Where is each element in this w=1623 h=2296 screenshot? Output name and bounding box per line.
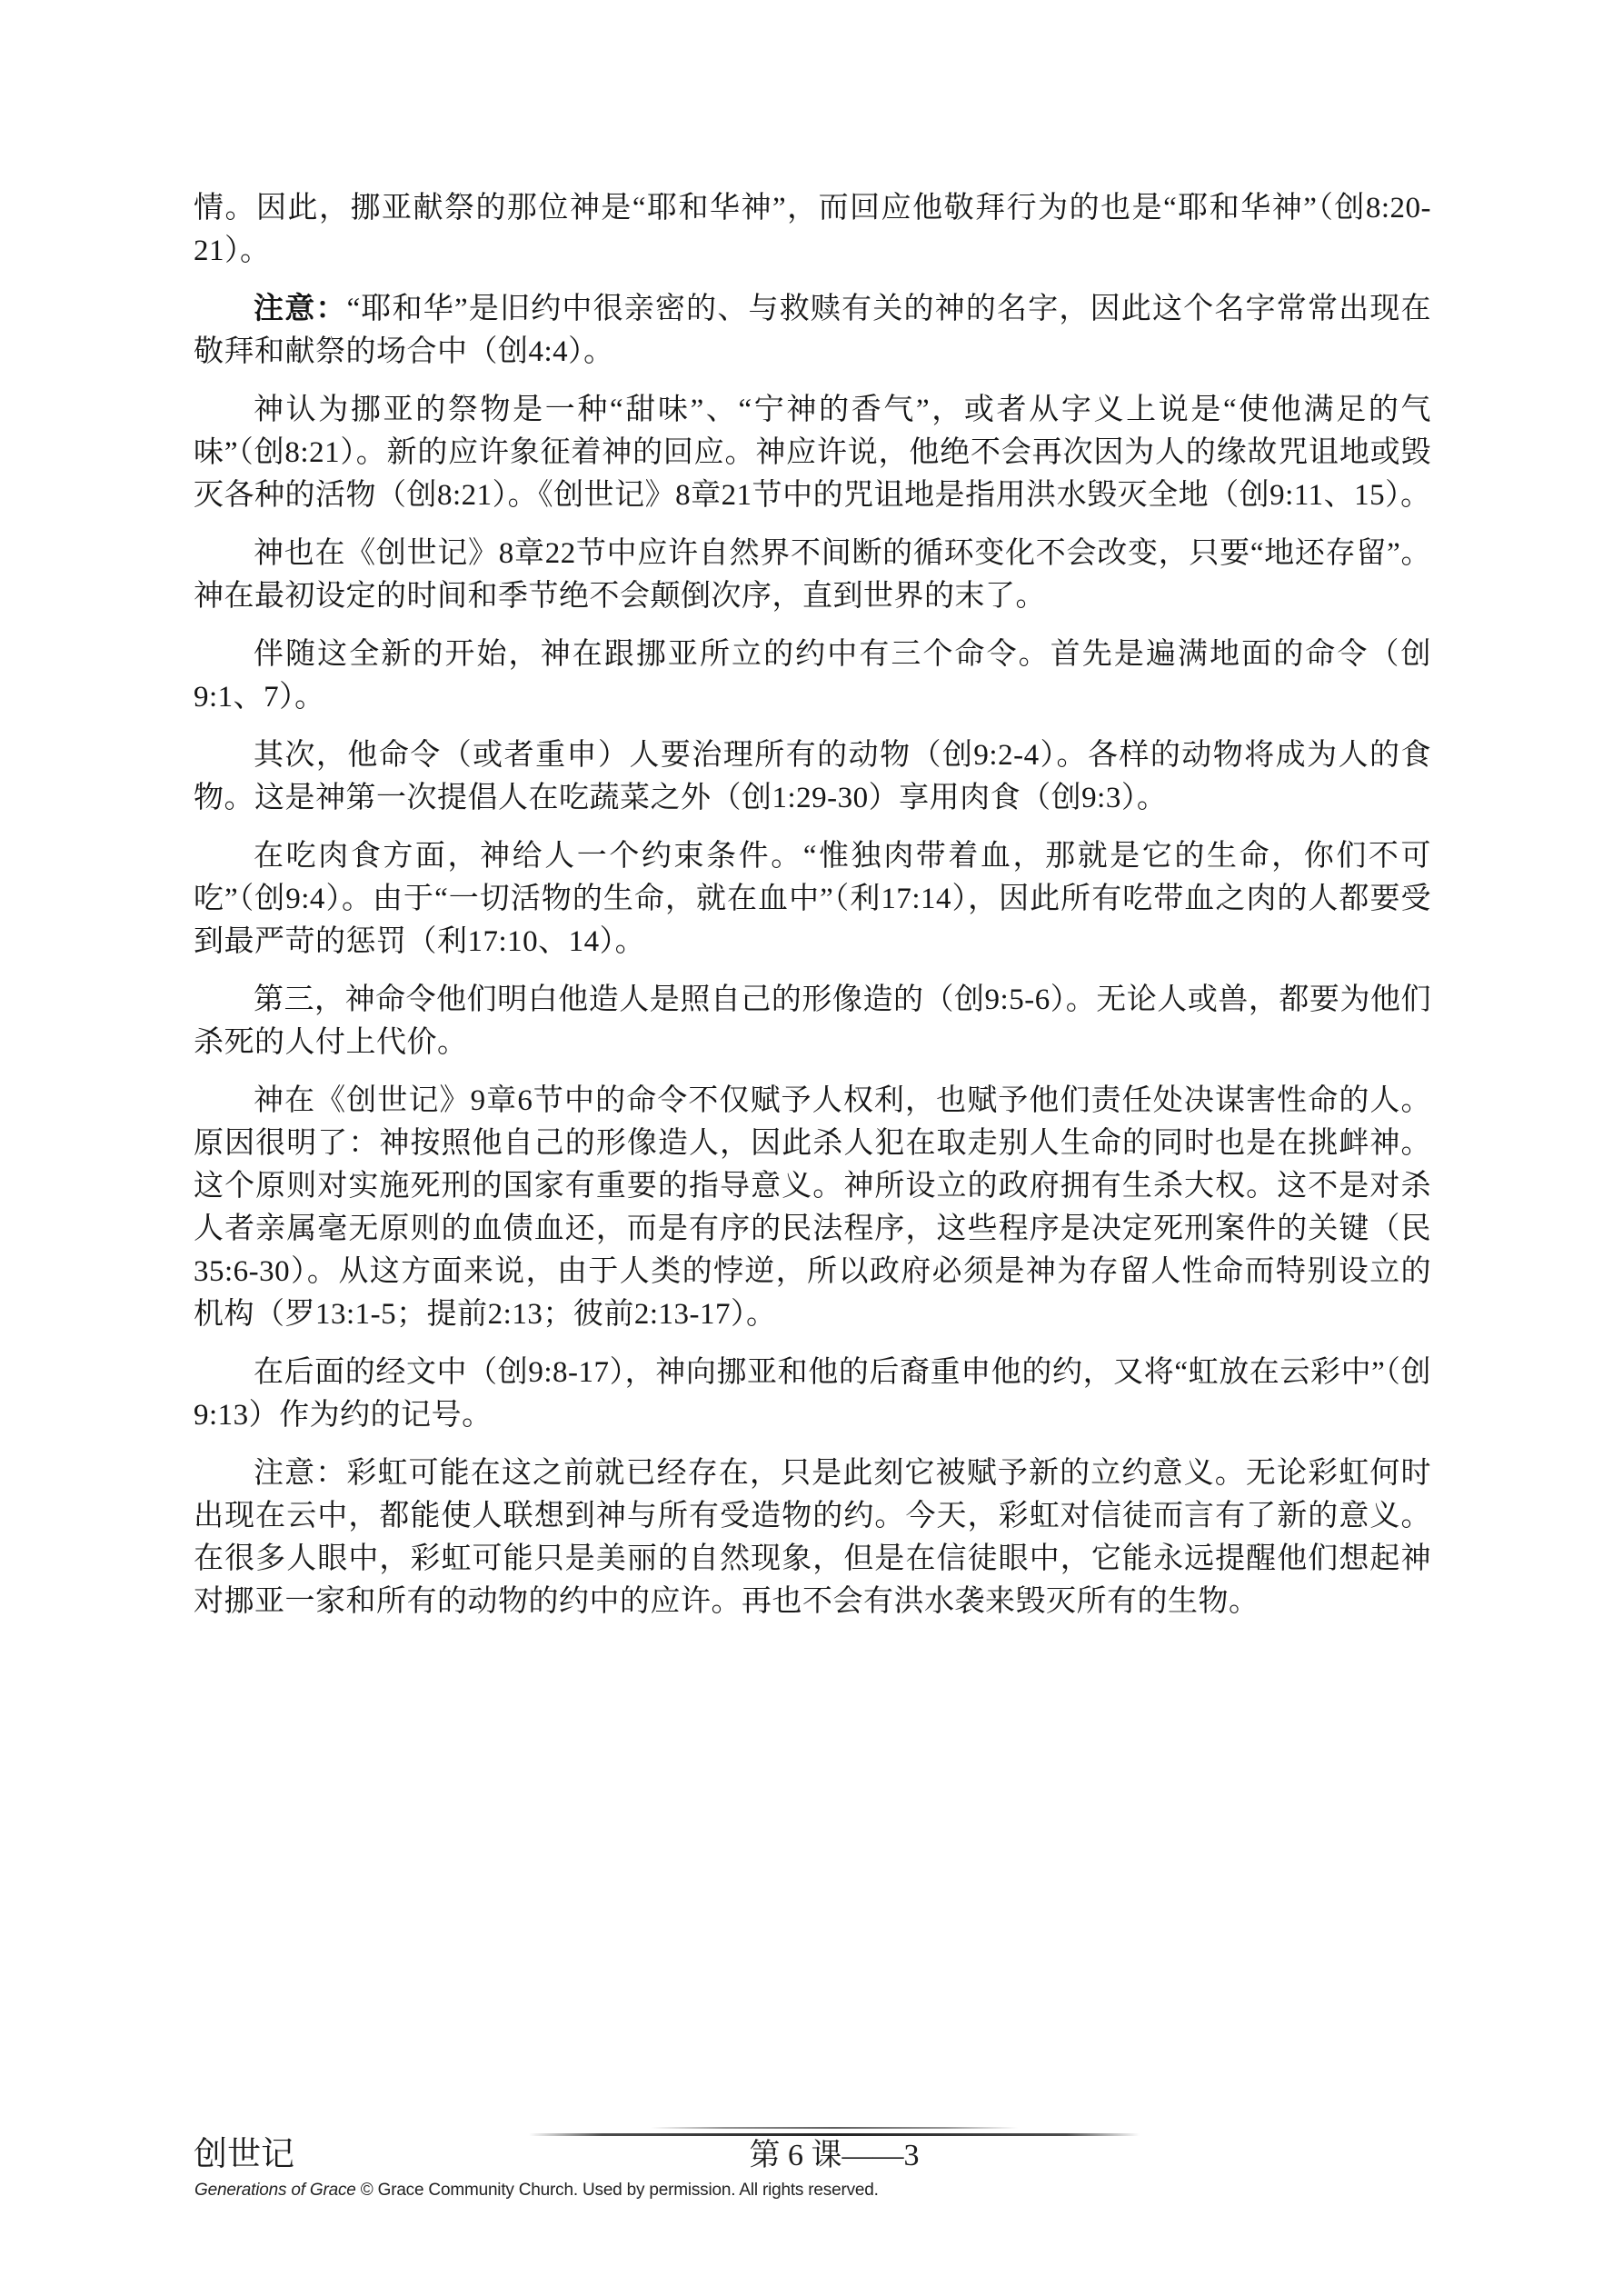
document-page: 情。因此，挪亚献祭的那位神是“耶和华神”，而回应他敬拜行为的也是“耶和华神”（创… bbox=[0, 0, 1623, 2296]
paragraph: 情。因此，挪亚献祭的那位神是“耶和华神”，而回应他敬拜行为的也是“耶和华神”（创… bbox=[194, 187, 1431, 273]
paragraph: 其次，他命令（或者重申）人要治理所有的动物（创9:2-4）。各样的动物将成为人的… bbox=[194, 734, 1431, 820]
paragraph: 第三，神命令他们明白他造人是照自己的形像造的（创9:5-6）。无论人或兽，都要为… bbox=[194, 979, 1431, 1064]
footer-copyright: Generations of Grace © Grace Community C… bbox=[194, 2180, 879, 2201]
footer-divider bbox=[194, 2127, 1431, 2136]
paragraph: 神也在《创世记》8章22节中应许自然界不间断的循环变化不会改变，只要“地还存留”… bbox=[194, 533, 1431, 618]
document-body: 情。因此，挪亚献祭的那位神是“耶和华神”，而回应他敬拜行为的也是“耶和华神”（创… bbox=[194, 187, 1431, 1639]
copyright-series-title: Generations of Grace bbox=[194, 2181, 356, 2200]
paragraph: 伴随这全新的开始，神在跟挪亚所立的约中有三个命令。首先是遍满地面的命令（创9:1… bbox=[194, 634, 1431, 719]
footer-divider-lines bbox=[215, 2127, 1453, 2136]
paragraph: 在后面的经文中（创9:8-17），神向挪亚和他的后裔重申他的约，又将“虹放在云彩… bbox=[194, 1352, 1431, 1437]
divider-line-bottom bbox=[529, 2133, 1140, 2136]
footer-page-label: 第 6 课——3 bbox=[215, 2138, 1453, 2174]
divider-line-top bbox=[651, 2127, 1018, 2129]
paragraph: 神认为挪亚的祭物是一种“甜味”、“宁神的香气”，或者从字义上说是“使他满足的气味… bbox=[194, 389, 1431, 517]
paragraph: 神在《创世记》9章6节中的命令不仅赋予人权利，也赋予他们责任处决谋害性命的人。原… bbox=[194, 1080, 1431, 1336]
paragraph: 注意：“耶和华”是旧约中很亲密的、与救赎有关的神的名字，因此这个名字常常出现在敬… bbox=[194, 288, 1431, 374]
paragraph: 注意：彩虹可能在这之前就已经存在，只是此刻它被赋予新的立约意义。无论彩虹何时出现… bbox=[194, 1452, 1431, 1623]
note-label: 注意： bbox=[254, 293, 347, 325]
copyright-text: © Grace Community Church. Used by permis… bbox=[356, 2181, 879, 2200]
paragraph: 在吃肉食方面，神给人一个约束条件。“惟独肉带着血，那就是它的生命，你们不可吃”（… bbox=[194, 835, 1431, 963]
